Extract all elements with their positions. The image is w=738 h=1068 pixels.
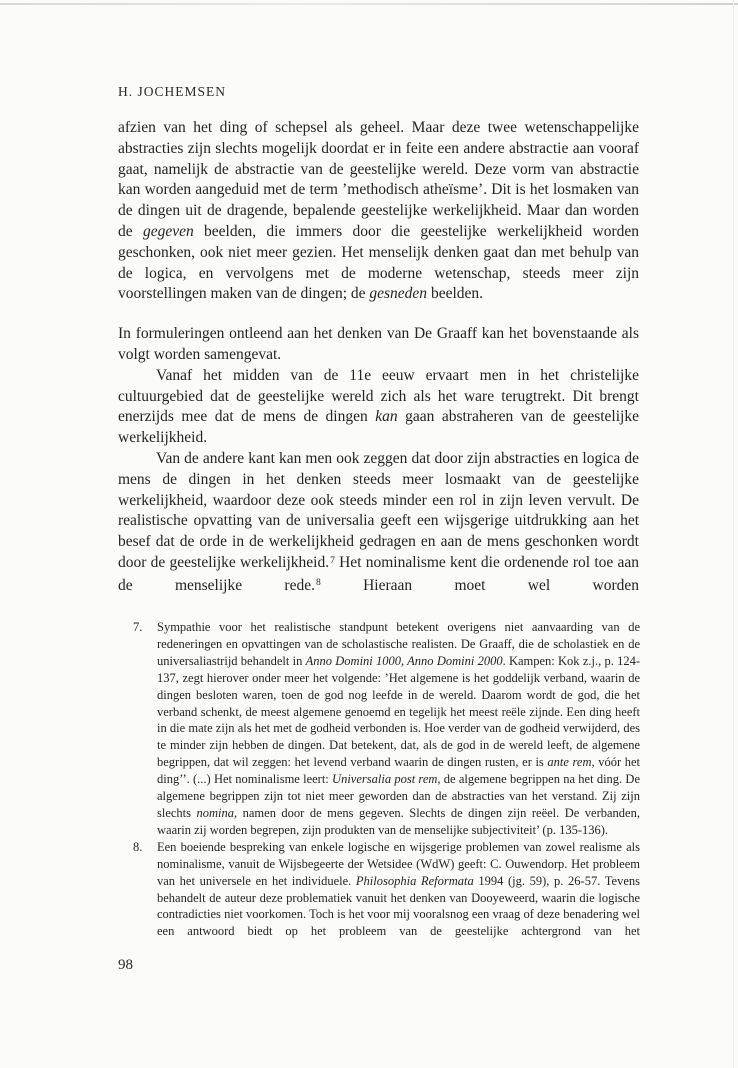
- footnote-7-text: Sympathie voor het realistische standpun…: [157, 619, 640, 839]
- body-paragraph-2: In formuleringen ontleend aan het denken…: [118, 324, 639, 366]
- footnote-8-number: 8.: [133, 839, 157, 940]
- scan-edge-artifact-top: [0, 3, 738, 5]
- body-paragraph-4: Van de andere kant kan men ook zeggen da…: [118, 449, 639, 599]
- footnote-8: 8. Een boeiende bespreking van enkele lo…: [133, 839, 640, 940]
- running-header: H. JOCHEMSEN: [118, 84, 226, 100]
- body-paragraph-3: Vanaf het midden van de 11e eeuw ervaart…: [118, 366, 639, 449]
- body-paragraph-1: afzien van het ding of schepsel als gehe…: [118, 118, 639, 305]
- footnote-7: 7. Sympathie voor het realistische stand…: [133, 619, 640, 839]
- page-number: 98: [118, 957, 133, 974]
- footnote-7-number: 7.: [133, 619, 157, 839]
- scan-edge-artifact-right: [733, 0, 734, 1068]
- footnote-8-text: Een boeiende bespreking van enkele logis…: [157, 839, 640, 940]
- footnotes-section: 7. Sympathie voor het realistische stand…: [133, 619, 640, 940]
- scanned-page: H. JOCHEMSEN afzien van het ding of sche…: [0, 0, 738, 1068]
- body-text: afzien van het ding of schepsel als gehe…: [118, 118, 639, 599]
